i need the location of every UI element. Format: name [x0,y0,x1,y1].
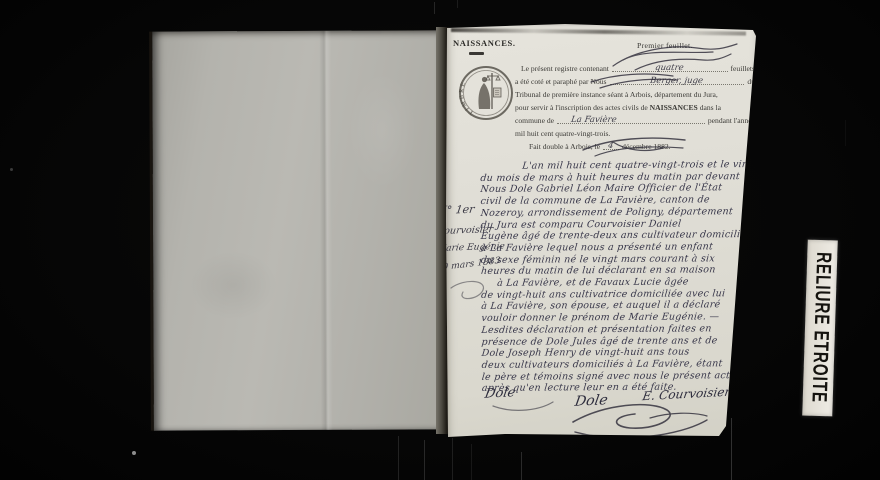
film-scratch [471,444,472,480]
fill-in-rule: Berger, juge [610,75,745,85]
printed-text: a été coté et paraphé par Nous [515,75,607,88]
film-speck [132,451,136,455]
printed-text: du [747,75,755,88]
page-edge-smudge [451,28,746,36]
printed-text: pour servir à l'inscription des actes ci… [515,101,648,114]
preamble-line: mil huit cent quatre-vingt-trois. [515,127,755,140]
printed-text: pendant l'année [708,114,755,127]
signature-dole-2: Dole [574,392,609,410]
printed-text: feuillets [731,62,755,75]
film-scratch [521,452,522,480]
fill-in-rule: 4 [603,140,619,150]
folio-label: Premier feuillet. [637,41,693,50]
stamp-text: TIMBRE [459,80,475,116]
preamble-line: pour servir à l'inscription des actes ci… [515,101,755,114]
film-scratch [457,0,458,8]
binding-label-text: RELIURE ETROITE [806,252,834,404]
preamble-line: Tribunal de première instance séant à Ar… [515,88,755,101]
preamble-line: Fait double à Arbois, le 4 décembre 1882… [515,140,755,153]
handwritten-entry: 4 [607,140,614,153]
preamble: Le présent registre contenant quatre feu… [515,62,755,153]
fill-in-rule: quatre [612,62,728,72]
printed-text: décembre 1882. [622,140,671,153]
printed-text: dans la [700,101,721,114]
printed-text: Fait double à Arbois, le [529,140,600,153]
printed-text: mil huit cent quatre-vingt-trois. [515,127,610,140]
binding-label: RELIURE ETROITE [802,240,838,417]
timbre-seal-icon: TIMBRE [457,64,515,122]
fill-in-rule: La Favière [557,114,705,124]
film-speck [10,168,13,171]
microfilm-frame: NAISSANCES. Premier feuillet. TIMBRE [0,0,880,480]
preamble-line: Le présent registre contenant quatre feu… [515,62,755,75]
title-underline [469,52,484,55]
printed-text: commune de [515,114,554,127]
register-page: NAISSANCES. Premier feuillet. TIMBRE [445,20,760,444]
printed-text: Tribunal de première instance séant à Ar… [515,88,718,101]
act-text: L'an mil huit cent quatre-vingt-trois et… [480,159,750,395]
preamble-line: a été coté et paraphé par Nous Berger, j… [515,75,755,88]
paper-stain [188,251,278,321]
preamble-line: commune de La Favière pendant l'année [515,114,755,127]
film-scratch [731,418,732,480]
handwritten-entry: Berger, juge [650,75,705,88]
page-crease [319,31,333,430]
page-title: NAISSANCES. [453,38,516,48]
svg-text:TIMBRE: TIMBRE [459,80,475,116]
film-scratch [424,440,425,480]
film-scratch [452,438,453,480]
handwritten-entry: La Favière [570,114,617,127]
paper-stain [347,70,418,190]
film-scratch [398,436,399,480]
printed-text: Le présent registre contenant [521,62,609,75]
signature-dole: Dole [484,385,517,402]
film-scratch [434,2,435,14]
printed-text-bold: NAISSANCES [650,101,698,114]
handwritten-entry: quatre [655,62,685,75]
film-scratch [845,120,846,146]
left-page-blank [149,30,442,430]
